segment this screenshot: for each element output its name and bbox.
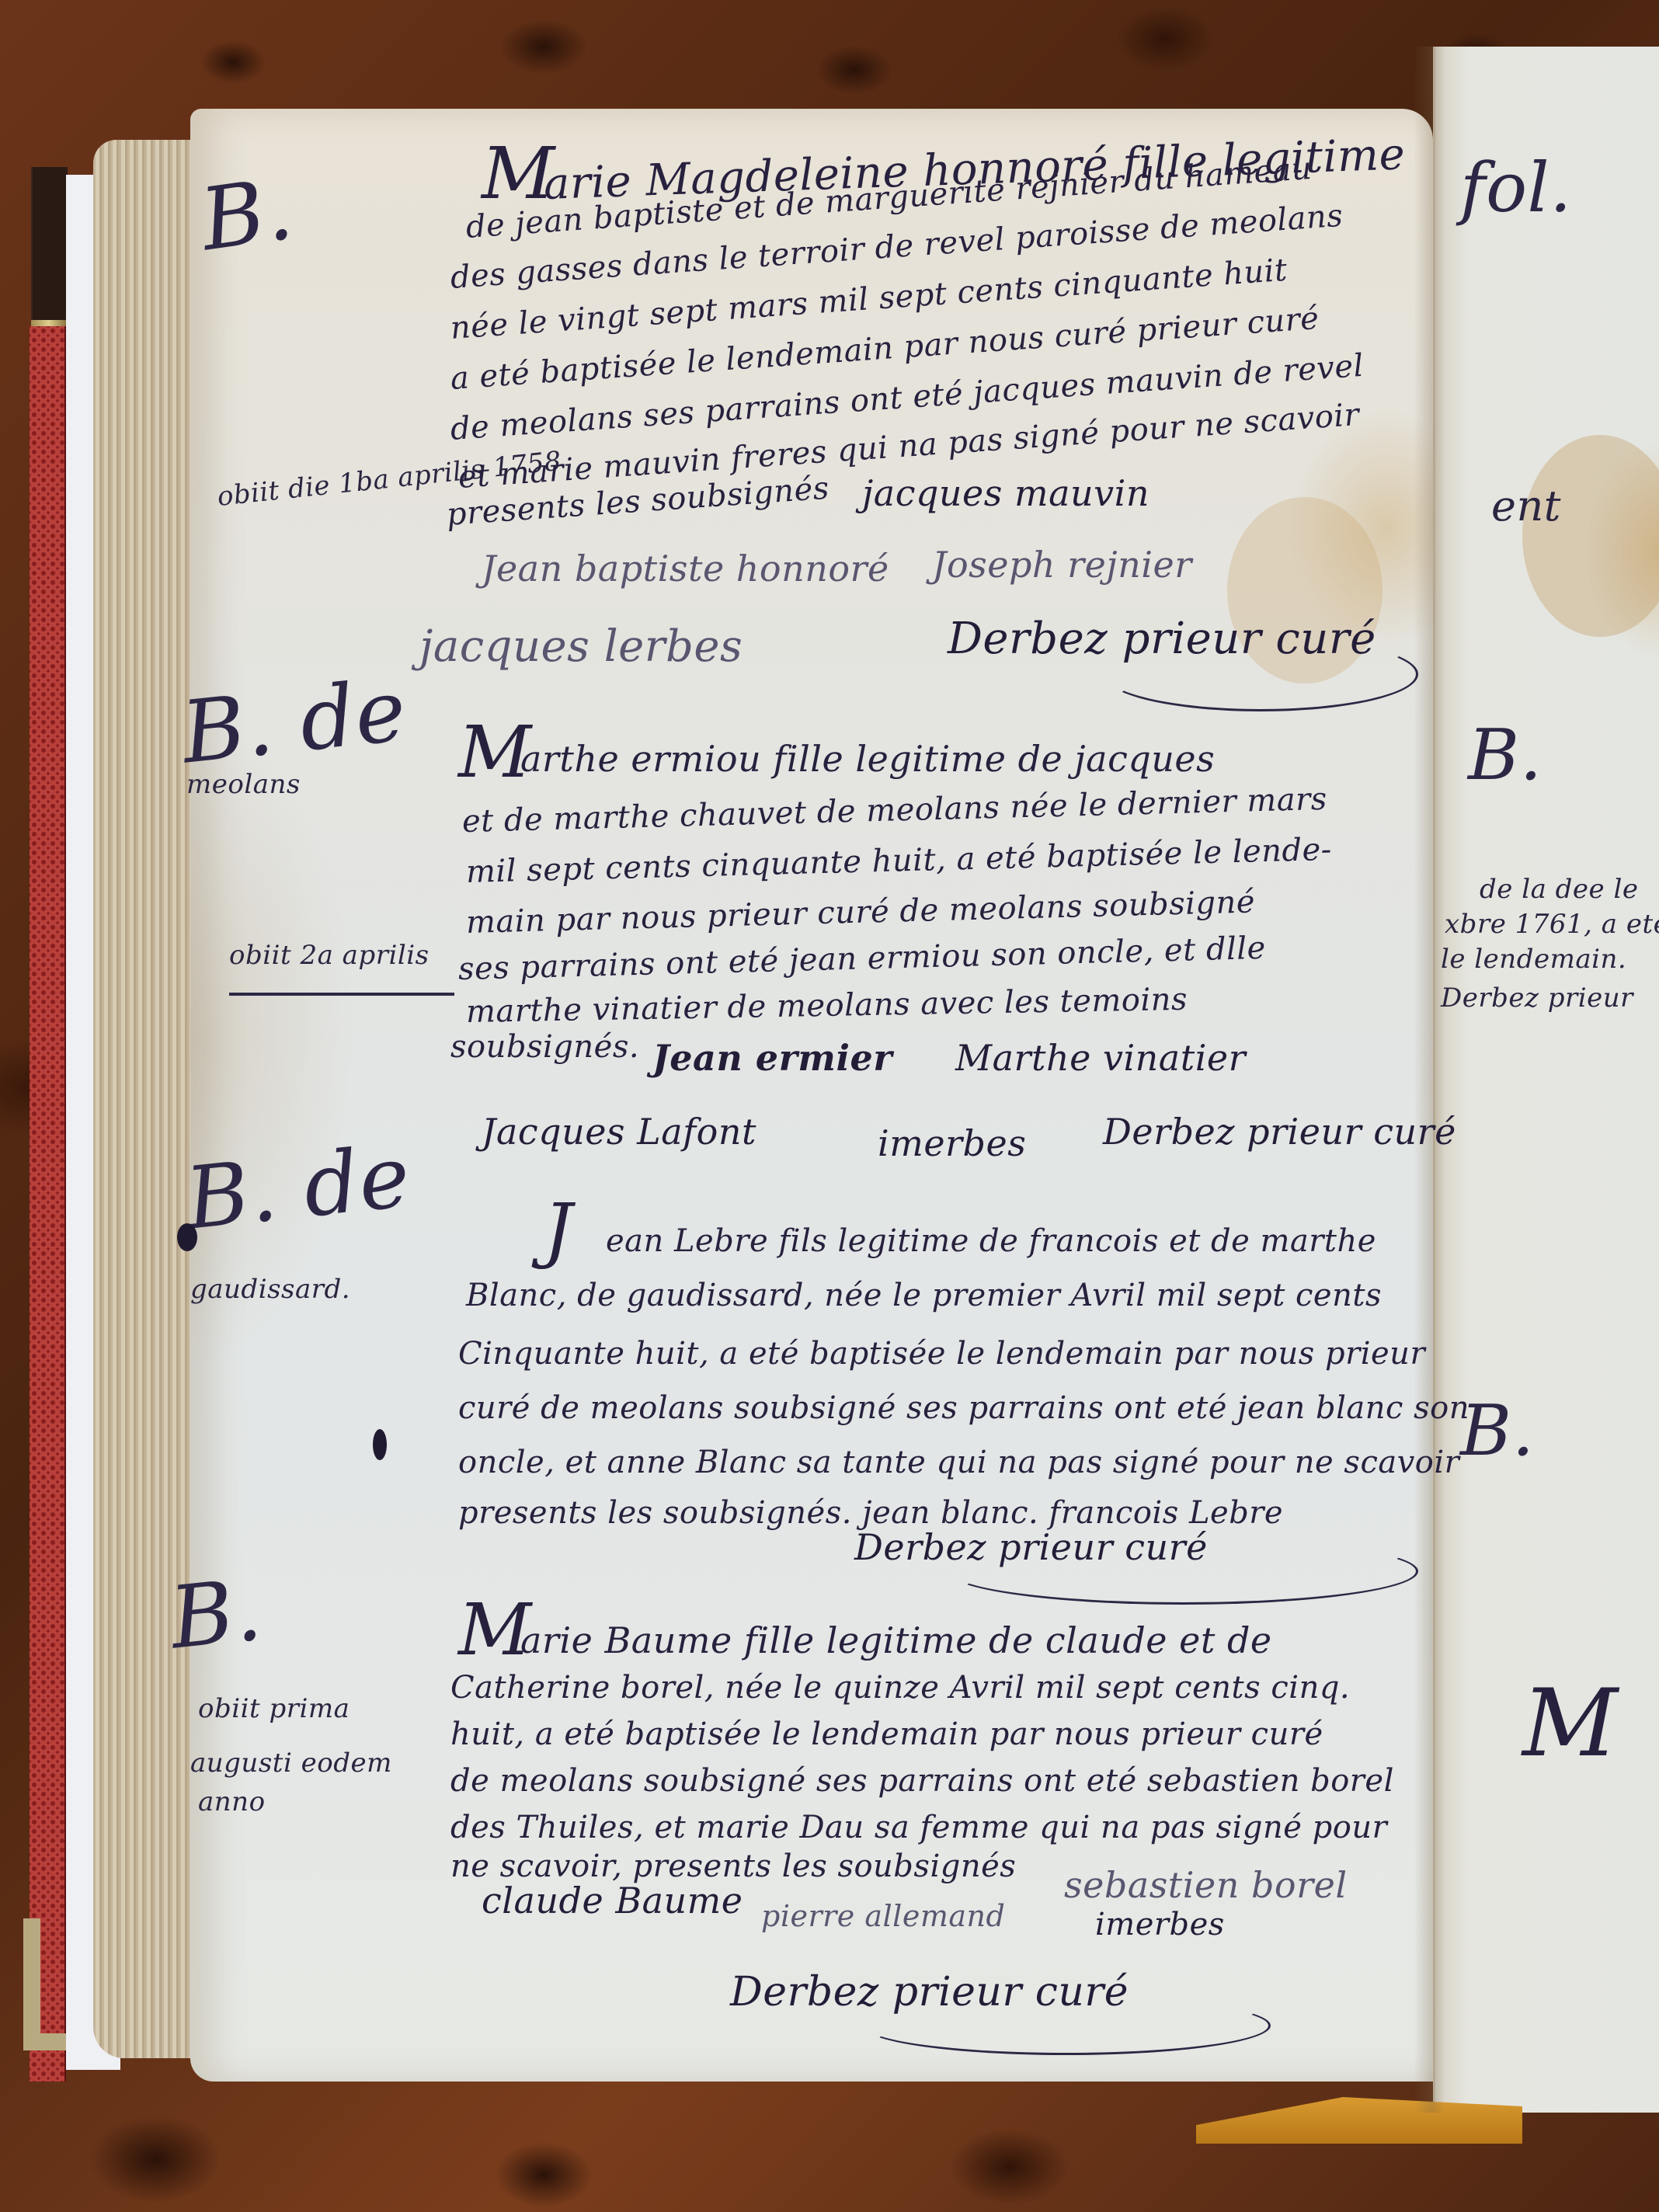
entry-line: soubsignés. (450, 1029, 639, 1065)
entry-line: des Thuiles, et marie Dau sa femme qui n… (450, 1810, 1387, 1845)
entry-capital: J (544, 1188, 572, 1271)
signature: Derbez prieur curé (1103, 1111, 1456, 1153)
signature: jacques lerbes (419, 621, 743, 672)
entry-line: Cinquante huit, a eté baptisée le lendem… (458, 1336, 1425, 1372)
signature: Marthe vinatier (955, 1037, 1246, 1079)
entry-line: huit, a eté baptisée le lendemain par no… (450, 1716, 1323, 1752)
signature: Jean ermier (652, 1037, 892, 1079)
underline-stroke (229, 993, 454, 996)
margin-place-note: meolans (186, 769, 301, 800)
book-cover-spine (31, 167, 68, 330)
margin-death-note: augusti eodem (190, 1748, 392, 1779)
margin-baptism-mark: B. (195, 158, 298, 270)
facing-page (1433, 47, 1659, 2113)
entry-line: Catherine borel, née le quinze Avril mil… (450, 1670, 1350, 1706)
facing-folio-mark: fol. (1460, 148, 1572, 228)
entry-line: arie Baume fille legitime de claude et d… (520, 1619, 1272, 1661)
spine-gutter-shadow (1414, 47, 1445, 2113)
entry-line: arthe ermiou fille legitime de jacques (520, 738, 1215, 780)
signature: jacques mauvin (862, 472, 1149, 514)
margin-death-note: obiit 2a aprilis (229, 940, 430, 971)
signature: imerbes (1095, 1907, 1225, 1942)
facing-entry-capital: M (1522, 1670, 1618, 1778)
facing-baptism-mark: B. (1468, 715, 1542, 796)
signature: Jean baptiste honnoré (482, 548, 889, 590)
signature-flourish (862, 1996, 1271, 2055)
margin-death-note: anno (198, 1786, 266, 1817)
signature: imerbes (878, 1122, 1026, 1164)
entry-line: Blanc, de gaudissard, née le premier Avr… (466, 1278, 1382, 1313)
page-block-edges (93, 140, 202, 2058)
facing-note-line: de la dee le (1480, 874, 1638, 905)
entry-line: de meolans soubsigné ses parrains ont et… (450, 1763, 1394, 1799)
facing-mark: ent (1491, 482, 1561, 530)
facing-note-line: le lendemain. (1441, 944, 1626, 975)
book-cover-leather (30, 326, 66, 2082)
signature: claude Baume (482, 1880, 743, 1922)
signature: Joseph rejnier (932, 544, 1192, 586)
margin-baptism-mark: B. (165, 1560, 266, 1668)
facing-note-line: xbre 1761, a eté (1445, 909, 1659, 940)
entry-line: oncle, et anne Blanc sa tante qui na pas… (458, 1445, 1459, 1480)
facing-note-line: Derbez prieur (1441, 983, 1633, 1014)
signature-flourish (1103, 637, 1418, 711)
signature: Jacques Lafont (482, 1111, 756, 1153)
signature: sebastien borel (1064, 1864, 1348, 1906)
ink-blot (373, 1429, 387, 1460)
facing-baptism-mark: B. (1460, 1390, 1535, 1472)
signature: pierre allemand (761, 1899, 1005, 1933)
ink-blot (177, 1223, 197, 1251)
entry-line: curé de meolans soubsigné ses parrains o… (458, 1390, 1469, 1426)
margin-place-note: gaudissard. (190, 1274, 350, 1305)
entry-line: ean Lebre fils legitime de francois et d… (606, 1223, 1376, 1259)
margin-death-note: obiit prima (198, 1693, 350, 1724)
signature-flourish (948, 1538, 1418, 1605)
